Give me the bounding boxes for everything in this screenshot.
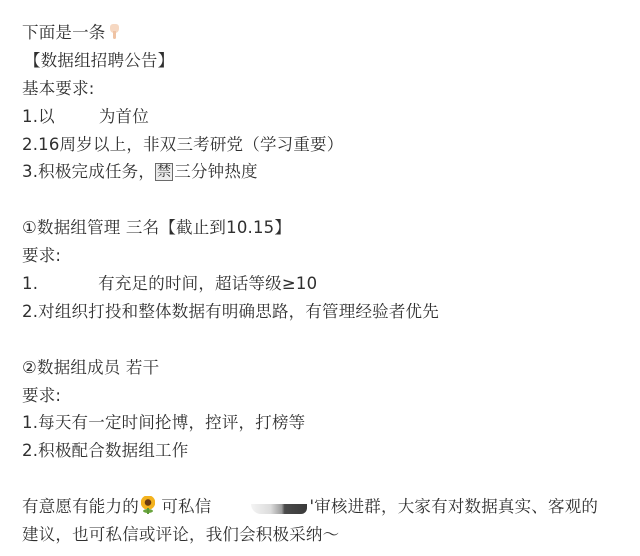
closing-prefix: 有意愿有能力的 — [22, 497, 139, 516]
position-1-item-1: 1.有充足的时间，超话等级≥10 — [22, 270, 622, 298]
position-2-title: ②数据组成员 若干 — [22, 354, 622, 382]
position-2-requirements-heading: 要求: — [22, 382, 622, 410]
basic-requirements-heading: 基本要求: — [22, 75, 622, 103]
spacer — [22, 186, 622, 214]
position-1-requirements-heading: 要求: — [22, 242, 622, 270]
position-2-item-1: 1.每天有一定时间抡博，控评，打榜等 — [22, 409, 622, 437]
item-suffix: 有充足的时间，超话等级≥10 — [98, 274, 317, 293]
pointing-down-hand-icon — [107, 22, 123, 40]
intro-line: 下面是一条 — [22, 19, 622, 47]
spacer — [22, 465, 622, 493]
closing-paragraph: 有意愿有能力的 可私信'审核进群，大家有对数据真实、客观的建议，也可私信或评论，… — [22, 493, 607, 549]
item-prefix: 1. — [22, 274, 38, 293]
position-1-title: ①数据组管理 三名【截止到10.15】 — [22, 214, 622, 242]
item-prefix: 1.以 — [22, 107, 55, 126]
redacted-region — [211, 498, 309, 518]
redacted-region — [55, 108, 99, 126]
position-1-item-2: 2.对组织打投和整体数据有明确思路，有管理经验者优先 — [22, 298, 622, 326]
intro-text: 下面是一条 — [22, 23, 106, 42]
closing-middle: 可私信 — [156, 497, 212, 516]
announcement-title: 【数据组招聘公告】 — [22, 47, 622, 75]
spacer — [22, 326, 622, 354]
sunflower-icon — [140, 496, 156, 514]
item-prefix: 3.积极完成任务， — [22, 162, 155, 181]
basic-requirement-item-3: 3.积极完成任务，禁三分钟热度 — [22, 158, 622, 186]
position-2-item-2: 2.积极配合数据组工作 — [22, 437, 622, 465]
item-suffix: 为首位 — [99, 107, 149, 126]
forbidden-badge: 禁 — [155, 163, 173, 181]
basic-requirement-item-2: 2.16周岁以上，非双三考研党（学习重要） — [22, 131, 622, 159]
item-suffix: 三分钟热度 — [174, 162, 258, 181]
recruitment-announcement: 下面是一条 【数据组招聘公告】 基本要求: 1.以为首位 2.16周岁以上，非双… — [22, 19, 622, 549]
basic-requirement-item-1: 1.以为首位 — [22, 103, 622, 131]
announcement-title-text: 【数据组招聘公告】 — [24, 51, 174, 70]
redacted-region — [38, 276, 98, 294]
